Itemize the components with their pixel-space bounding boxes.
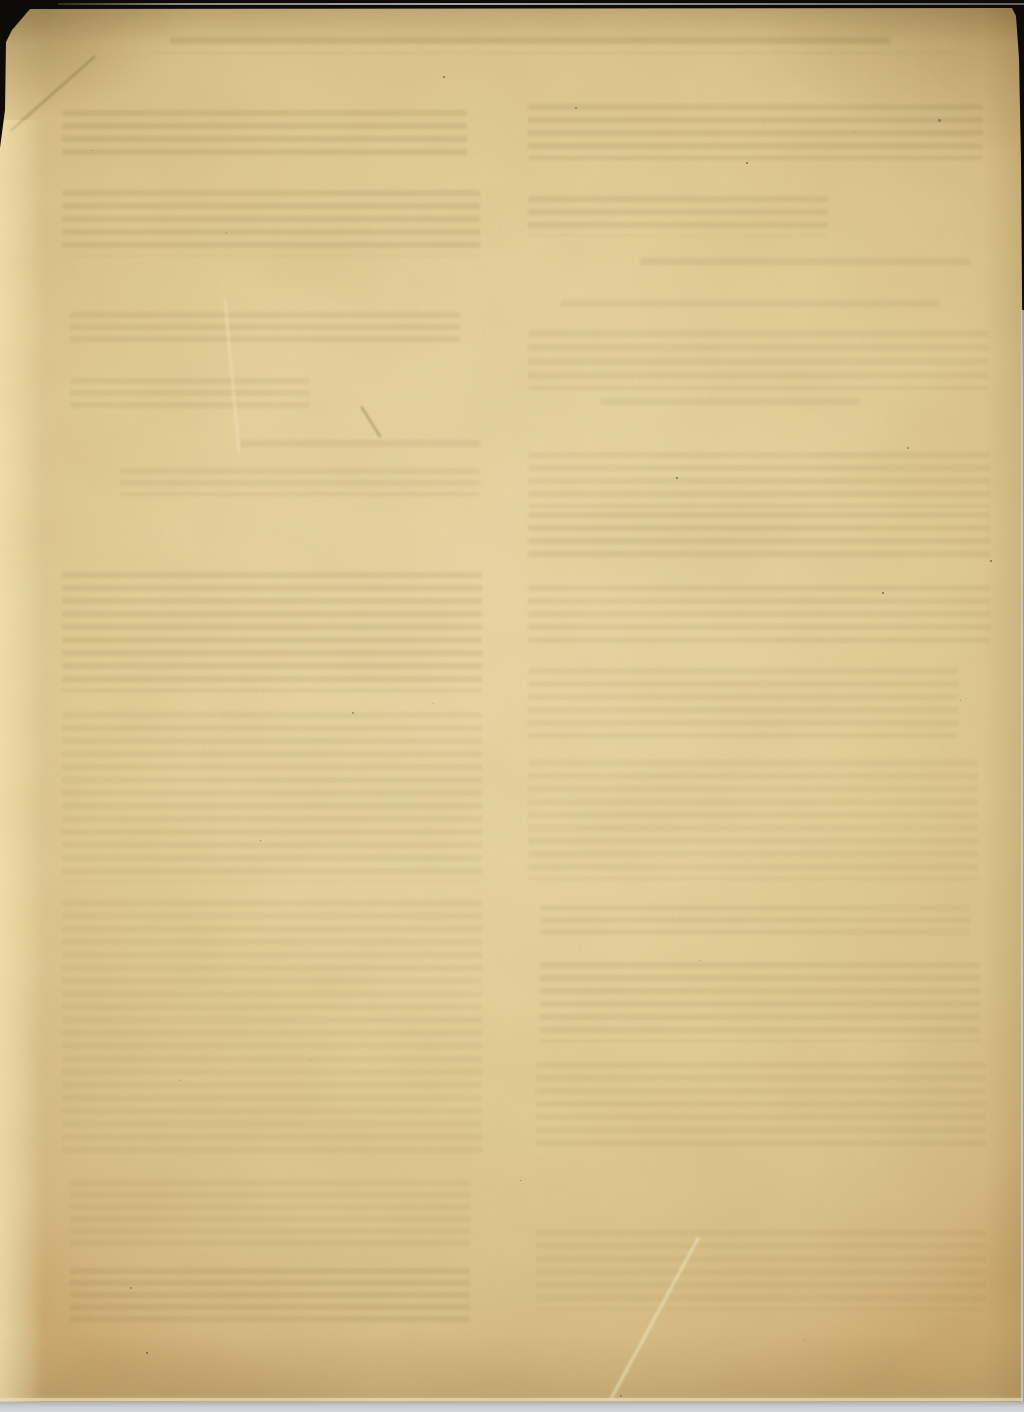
ghost-text-block — [120, 468, 480, 496]
ghost-text-block — [62, 900, 482, 1158]
foxing-speck — [443, 76, 445, 78]
ghost-text-block — [560, 300, 940, 313]
crease-line — [224, 300, 240, 452]
ghost-text-block — [528, 760, 978, 880]
scanner-bed-strip — [0, 1402, 1024, 1412]
foxing-speck — [990, 560, 992, 562]
age-stain — [680, 1055, 1000, 1245]
ghost-text-block — [600, 398, 860, 411]
foxing-speck — [907, 447, 909, 449]
paper-bottom-edge-line — [0, 1398, 1024, 1401]
ghost-text-block — [528, 104, 983, 160]
ghost-text-block — [152, 52, 968, 55]
ghost-text-block — [70, 1268, 470, 1326]
ghost-text-block — [528, 585, 990, 645]
ghost-text-block — [540, 905, 970, 935]
scanner-glass-reflection-line — [58, 3, 1024, 5]
ghost-text-block — [540, 962, 980, 1042]
ghost-text-block — [70, 378, 310, 408]
stain-layer — [0, 0, 1024, 1403]
ghost-text-block — [62, 712, 482, 882]
scratch-mark — [361, 406, 381, 437]
foxing-speck — [86, 1310, 87, 1311]
foxing-speck — [433, 703, 434, 704]
ghost-text-block — [528, 512, 990, 564]
foxing-speck — [575, 107, 577, 109]
scratch-mark — [10, 55, 96, 131]
foxing-speck — [520, 1180, 521, 1181]
paper-texture — [0, 0, 1024, 1403]
ghost-text-block — [62, 572, 482, 692]
age-stain — [210, 185, 470, 305]
paper-page — [0, 0, 1024, 1403]
ghost-text-block — [536, 1062, 986, 1147]
ghost-text-block — [62, 190, 480, 256]
foxing-speck — [854, 131, 855, 132]
ghost-text-block — [536, 1230, 986, 1310]
speck-layer — [0, 0, 1024, 1403]
ghost-text-block — [528, 330, 988, 390]
foxing-speck — [882, 592, 884, 594]
foxing-speck — [310, 1060, 311, 1061]
foxing-speck — [938, 119, 941, 122]
foxing-speck — [180, 1080, 181, 1081]
foxing-speck — [130, 1287, 132, 1289]
age-stain — [560, 460, 840, 620]
ghost-text-block — [70, 312, 460, 346]
crease-line — [609, 1237, 700, 1400]
scanner-background: A photographic scan of an aged, yellowed… — [0, 0, 1024, 1412]
age-stain — [40, 910, 260, 1090]
foxing-speck — [960, 700, 961, 701]
foxing-speck — [352, 712, 354, 714]
age-stain — [170, 315, 330, 455]
crease-layer — [0, 0, 1024, 1403]
age-stain — [760, 190, 1000, 470]
foxing-speck — [146, 1352, 148, 1354]
ghost-text-block — [170, 37, 890, 50]
ghost-text-block — [528, 668, 958, 738]
foxing-speck — [804, 1340, 805, 1341]
ghost-text-block — [528, 452, 990, 508]
ghost-text-block — [62, 110, 467, 162]
foxing-speck — [700, 960, 701, 961]
ghost-text-block — [640, 258, 970, 271]
foxing-speck — [676, 477, 678, 479]
foxing-speck — [92, 150, 93, 151]
foxing-speck — [226, 232, 227, 233]
ghost-text-block — [528, 196, 828, 236]
ghost-text-block — [240, 440, 480, 453]
page-curl-highlight — [0, 120, 42, 1403]
foxing-speck — [746, 162, 748, 164]
showthrough-text-layer — [0, 0, 1024, 1403]
ghost-text-block — [70, 1180, 470, 1250]
foxing-speck — [620, 1395, 622, 1397]
foxing-speck — [260, 840, 261, 841]
